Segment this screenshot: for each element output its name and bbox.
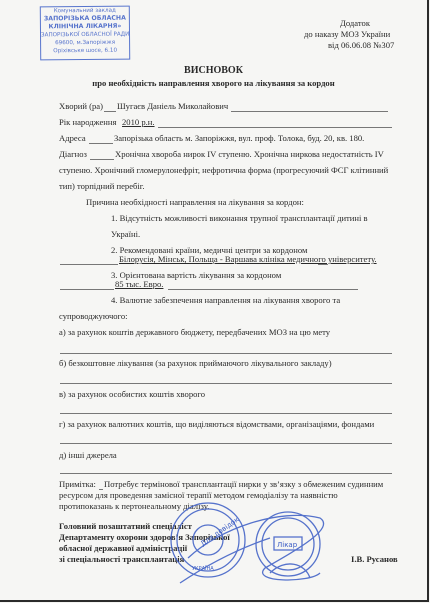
seal-stamps: Для довідок УКРАЇНА Лікар	[170, 488, 330, 593]
funding-option: б) безкоштовне лікування (за рахунок при…	[59, 358, 332, 369]
seal-right-center: Лікар	[277, 541, 298, 549]
page-title: ВИСНОВОК	[0, 65, 427, 76]
reason-item-4-cont: супроводжуючого:	[59, 311, 128, 322]
funding-option: г) за рахунок валютних коштів, що виділя…	[59, 419, 374, 430]
funding-option: д) інші джерела	[59, 450, 117, 461]
funding-option: в) за рахунок особистих коштів хворого	[59, 389, 205, 400]
header-order: до наказу МОЗ України	[304, 29, 390, 40]
birth-value: 2010 р.н.	[122, 117, 155, 128]
address-value: Запорізька область м. Запоріжжя, вул. пр…	[114, 133, 364, 144]
birth-label: Рік народження	[59, 117, 116, 128]
hospital-stamp: Комунальний заклад ЗАПОРІЗЬКА ОБЛАСНА КЛ…	[40, 6, 130, 61]
diagnosis-label: Діагноз	[59, 149, 87, 160]
reason-item-4: 4. Валютне забезпечення направлення на л…	[111, 295, 340, 306]
signer-title: обласної державної адміністрації	[59, 543, 187, 554]
address-label: Адреса	[59, 133, 86, 144]
header-appendix: Додаток	[340, 18, 370, 29]
diagnosis-line: тип) торпідний перебіг.	[59, 181, 145, 192]
signer-name: І.В. Русанов	[351, 554, 398, 565]
reason-item-1-cont: Україні.	[111, 229, 140, 240]
note-label: Примітка:	[59, 479, 96, 490]
estimated-cost: 85 тыс. Евро.	[115, 279, 163, 290]
stamp-line: Оріхівське шосе, 6.10	[41, 47, 129, 56]
reasons-heading: Причина необхідності направлення на ліку…	[86, 197, 304, 208]
header-date: від 06.06.08 №307	[328, 40, 394, 51]
diagnosis-line: ступеню. Хронічний гломерулонефріт, нефр…	[59, 165, 388, 176]
signer-title: зі спеціальності трансплантація	[59, 554, 184, 565]
document-page: Комунальний заклад ЗАПОРІЗЬКА ОБЛАСНА КЛ…	[0, 0, 429, 602]
seal-left-country: УКРАЇНА	[192, 565, 214, 572]
recommended-centers: Білорусія, Мінськ, Польща - Варшава клін…	[119, 254, 377, 265]
seal-left-text: Для довідок	[199, 516, 240, 548]
page-subtitle: про необхідність направлення хворого на …	[0, 78, 427, 89]
diagnosis-line: Хронічна хвороба нирок IV ступеню. Хроні…	[115, 149, 384, 160]
patient-label: Хворий (ра)	[59, 101, 103, 112]
reason-item-1: 1. Відсутність можливості виконання труп…	[111, 213, 368, 224]
funding-option: а) за рахунок коштів державного бюджету,…	[59, 327, 330, 338]
patient-value: Шугаєв Даніель Миколайович	[117, 101, 228, 112]
